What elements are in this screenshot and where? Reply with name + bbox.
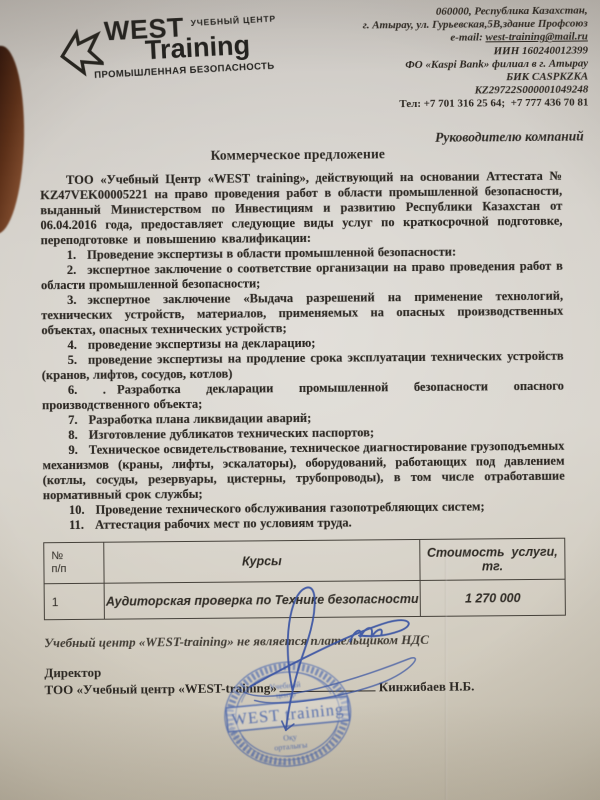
header-cell-number: № п/п bbox=[44, 542, 104, 584]
service-number: 1. bbox=[67, 248, 76, 262]
service-number: 11. bbox=[69, 518, 84, 532]
service-number: 7. bbox=[68, 413, 77, 427]
document-title: Коммерческое предложение bbox=[38, 145, 558, 166]
service-text: Изготовление дубликатов технических пасп… bbox=[89, 425, 374, 441]
service-number: 2. bbox=[67, 263, 76, 277]
logo-center-label: УЧЕБНЫЙ ЦЕНТР bbox=[191, 14, 277, 27]
service-number: 8. bbox=[68, 428, 77, 442]
service-item: 2.экспертное заключение о соответствие о… bbox=[41, 259, 563, 294]
service-number: 4. bbox=[67, 338, 76, 352]
handwritten-signature bbox=[232, 571, 444, 753]
service-text: Проведение технического обслуживания газ… bbox=[96, 499, 485, 516]
email-label: e-mail: bbox=[450, 32, 485, 44]
intro-paragraph: ТОО «Учебный Центр «WEST training», дейс… bbox=[40, 169, 563, 249]
service-number: 6. . bbox=[68, 383, 106, 397]
service-item: 9.Техническое освидетельствование, техни… bbox=[42, 439, 565, 504]
service-number: 5. bbox=[68, 353, 77, 367]
contact-phone: Тел: +7 701 316 25 64; +7 777 436 70 81 bbox=[363, 97, 588, 112]
service-number: 9. bbox=[68, 443, 77, 457]
letter-page: WEST УЧЕБНЫЙ ЦЕНТР Training ПРОМЫШЛЕННАЯ… bbox=[0, 0, 600, 800]
service-text: проведение экспертизы на декларацию; bbox=[88, 336, 316, 352]
service-item: 5.проведение экспертизы на продление сро… bbox=[42, 349, 564, 384]
service-number: 3. bbox=[67, 293, 76, 307]
logo-text: WEST УЧЕБНЫЙ ЦЕНТР Training ПРОМЫШЛЕННАЯ… bbox=[103, 9, 278, 79]
logo-training-word: Training bbox=[144, 30, 277, 64]
cell-number: 1 bbox=[44, 583, 104, 620]
service-text: Разработка декларации промышленной безоп… bbox=[42, 379, 564, 413]
recipient-line: Руководителю компаний bbox=[435, 129, 584, 146]
email-address: west-training@mail.ru bbox=[485, 31, 587, 44]
company-logo: WEST УЧЕБНЫЙ ЦЕНТР Training ПРОМЫШЛЕННАЯ… bbox=[57, 9, 278, 82]
service-text: экспертное заключение «Выдача разрешений… bbox=[41, 289, 563, 338]
service-text: проведение экспертизы на продление срока… bbox=[42, 349, 564, 383]
service-text: Разработка плана ликвидации аварий; bbox=[88, 411, 311, 427]
cell-price: 1 270 000 bbox=[420, 579, 565, 616]
letterhead-contact-block: 060000, Республика Казахстан, г. Атырау,… bbox=[363, 4, 589, 112]
service-item: 3.экспертное заключение «Выдача разрешен… bbox=[41, 289, 563, 339]
document-photo: WEST УЧЕБНЫЙ ЦЕНТР Training ПРОМЫШЛЕННАЯ… bbox=[0, 0, 600, 800]
service-text: Техническое освидетельствование, техниче… bbox=[42, 439, 564, 503]
service-text: экспертное заключение о соответствие орг… bbox=[41, 259, 563, 293]
paper-crease bbox=[445, 555, 447, 800]
service-number: 10. bbox=[69, 503, 85, 517]
service-item: 11.Аттестация рабочих мест по условиям т… bbox=[43, 514, 565, 534]
service-text: Аттестация рабочих мест по условиям труд… bbox=[95, 516, 352, 532]
service-item: 6. .Разработка декларации промышленной б… bbox=[42, 379, 564, 414]
logo-tagline: ПРОМЫШЛЕННАЯ БЕЗОПАСНОСТЬ bbox=[94, 61, 278, 80]
